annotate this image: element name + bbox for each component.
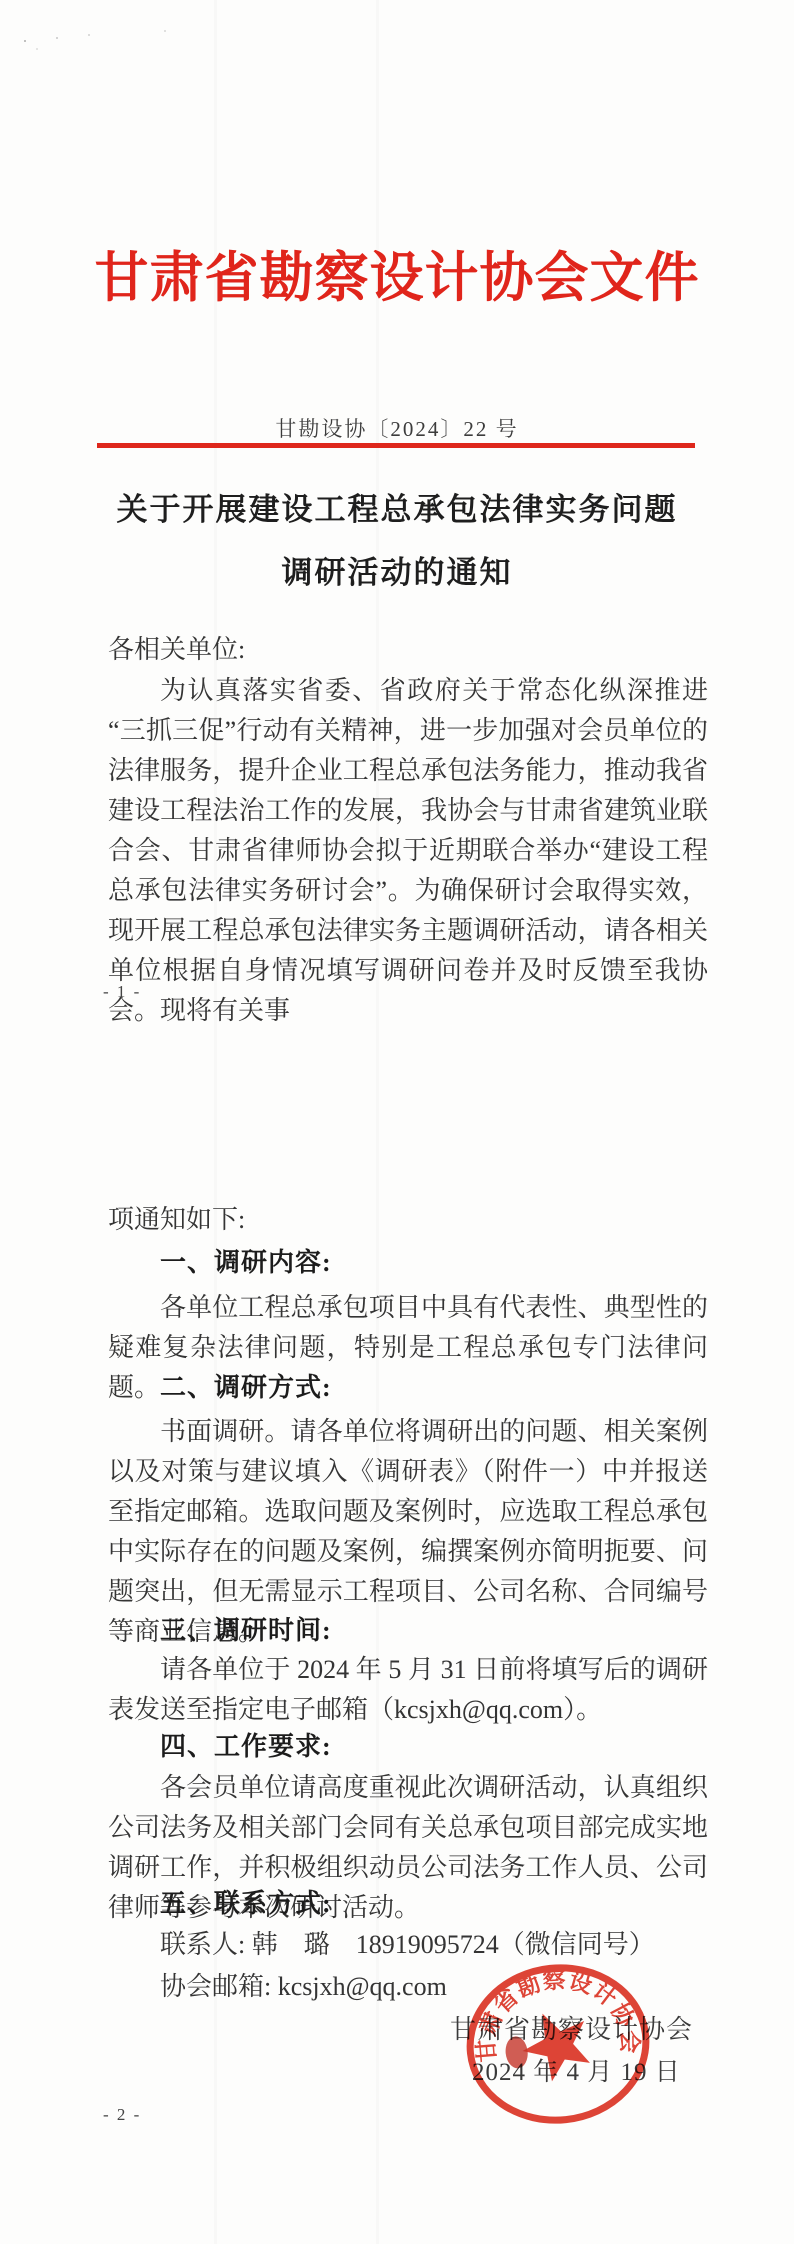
contact-person-line: 联系人: 韩 璐 18919095724（微信同号） bbox=[160, 1928, 655, 1962]
section-5-heading: 五、联系方式: bbox=[160, 1888, 332, 1920]
signature-organization: 甘肃省勘察设计协会 bbox=[450, 2009, 693, 2046]
section-4-heading: 四、工作要求: bbox=[160, 1731, 332, 1763]
paragraph-page2-continuation: 项通知如下: bbox=[108, 1200, 708, 1240]
salutation: 各相关单位: bbox=[108, 630, 708, 670]
signature-date: 2024 年 4 月 19 日 bbox=[472, 2052, 681, 2088]
paragraph-page1: 为认真落实省委、省政府关于常态化纵深推进“三抓三促”行动有关精神，进一步加强对会… bbox=[108, 671, 708, 1031]
contact-email-line: 协会邮箱: kcsjxh@qq.com bbox=[160, 1970, 447, 2004]
document-number: 甘勘设协〔2024〕22 号 bbox=[0, 413, 794, 443]
section-3-body: 请各单位于 2024 年 5 月 31 日前将填写后的调研表发送至指定电子邮箱（… bbox=[108, 1650, 708, 1730]
section-2-heading: 二、调研方式: bbox=[160, 1372, 332, 1404]
page-2-number: - 2 - bbox=[103, 2105, 141, 2125]
scan-artifact-speckles bbox=[24, 40, 26, 42]
page-1-number: - 1 - bbox=[103, 982, 141, 1002]
notice-title-line2: 调研活动的通知 bbox=[0, 547, 794, 592]
section-3-heading: 三、调研时间: bbox=[160, 1615, 332, 1647]
masthead-title: 甘肃省勘察设计协会文件 bbox=[0, 243, 794, 313]
document-page: 甘肃省勘察设计协会文件 甘勘设协〔2024〕22 号 关于开展建设工程总承包法律… bbox=[0, 0, 794, 2244]
section-1-heading: 一、调研内容: bbox=[160, 1247, 332, 1279]
red-separator-rule bbox=[97, 443, 695, 448]
notice-title-line1: 关于开展建设工程总承包法律实务问题 bbox=[0, 484, 794, 529]
